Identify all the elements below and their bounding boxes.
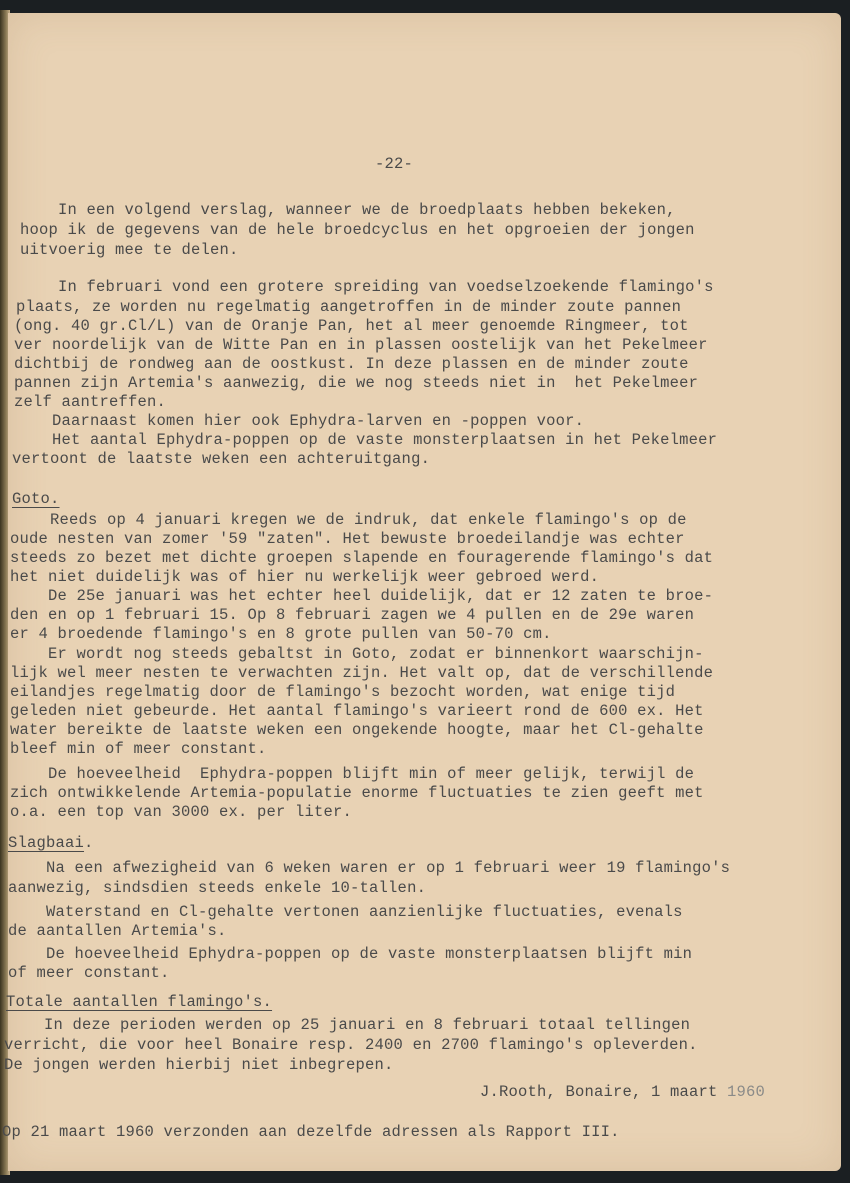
signature-year: 1960 (727, 1083, 765, 1101)
slagbaai-line: Na een afwezigheid van 6 weken waren er … (8, 859, 730, 877)
slagbaai-line: of meer constant. (8, 964, 170, 982)
footer-note: Op 21 maart 1960 verzonden aan dezelfde … (2, 1123, 620, 1141)
section-heading-slagbaai: Slagbaai. (8, 834, 94, 852)
totale-line: In deze perioden werden op 25 januari en… (6, 1016, 690, 1034)
goto-line: het niet duidelijk was of hier nu werkel… (10, 568, 599, 586)
section-heading-totale: Totale aantallen flamingo's. (6, 993, 272, 1011)
goto-line: geleden niet gebeurde. Het aantal flamin… (10, 702, 704, 720)
goto-line: bleef min of meer constant. (10, 740, 267, 758)
goto-line: oude nesten van zomer '59 "zaten". Het b… (10, 530, 685, 548)
februari-line: In februari vond een grotere spreiding v… (20, 278, 714, 296)
goto-line: Reeds op 4 januari kregen we de indruk, … (12, 511, 687, 529)
intro-line: In een volgend verslag, wanneer we de br… (20, 201, 676, 219)
februari-line: dichtbij de rondweg aan de oostkust. In … (14, 355, 689, 373)
document-page: -22- In een volgend verslag, wanneer we … (8, 13, 841, 1171)
goto-line: den en op 1 februari 15. Op 8 februari z… (10, 606, 694, 624)
februari-line: plaats, ze worden nu regelmatig aangetro… (16, 298, 681, 316)
goto-line: er 4 broedende flamingo's en 8 grote pul… (10, 625, 552, 643)
februari-line: ver noordelijk van de Witte Pan en in pl… (14, 336, 708, 354)
februari-line: zelf aantreffen. (14, 393, 166, 411)
goto-line: zich ontwikkelende Artemia-populatie eno… (10, 784, 704, 802)
goto-line: water bereikte de laatste weken een onge… (10, 721, 704, 739)
totale-line: De jongen werden hierbij niet inbegrepen… (4, 1056, 394, 1074)
februari-line: Het aantal Ephydra-poppen op de vaste mo… (14, 431, 717, 449)
totale-line: verricht, die voor heel Bonaire resp. 24… (4, 1036, 698, 1054)
section-heading-goto: Goto. (12, 490, 60, 508)
slagbaai-heading-text: Slagbaai (8, 834, 84, 852)
goto-line: De 25e januari was het echter heel duide… (10, 587, 713, 605)
page-number: -22- (375, 155, 413, 173)
intro-line: hoop ik de gegevens van de hele broedcyc… (20, 221, 695, 239)
februari-line: pannen zijn Artemia's aanwezig, die we n… (14, 374, 698, 392)
goto-line: steeds zo bezet met dichte groepen slape… (10, 549, 713, 567)
februari-line: Daarnaast komen hier ook Ephydra-larven … (14, 412, 584, 430)
signature: J.Rooth, Bonaire, 1 maart 1960 (480, 1083, 765, 1101)
goto-line: lijk wel meer nesten te verwachten zijn.… (10, 664, 713, 682)
intro-line: uitvoerig mee te delen. (20, 241, 239, 259)
februari-line: (ong. 40 gr.Cl/L) van de Oranje Pan, het… (14, 317, 689, 335)
slagbaai-heading-period: . (84, 834, 94, 852)
goto-line: eilandjes regelmatig door de flamingo's … (10, 683, 675, 701)
slagbaai-line: Waterstand en Cl-gehalte vertonen aanzie… (8, 903, 683, 921)
signature-text: J.Rooth, Bonaire, 1 maart (480, 1083, 727, 1101)
goto-line: De hoeveelheid Ephydra-poppen blijft min… (10, 765, 694, 783)
februari-line: vertoont de laatste weken een achteruitg… (12, 450, 430, 468)
goto-line: o.a. een top van 3000 ex. per liter. (10, 803, 352, 821)
goto-line: Er wordt nog steeds gebaltst in Goto, zo… (10, 645, 704, 663)
slagbaai-line: De hoeveelheid Ephydra-poppen op de vast… (8, 945, 692, 963)
slagbaai-line: de aantallen Artemia's. (8, 922, 227, 940)
slagbaai-line: aanwezig, sindsdien steeds enkele 10-tal… (8, 879, 426, 897)
